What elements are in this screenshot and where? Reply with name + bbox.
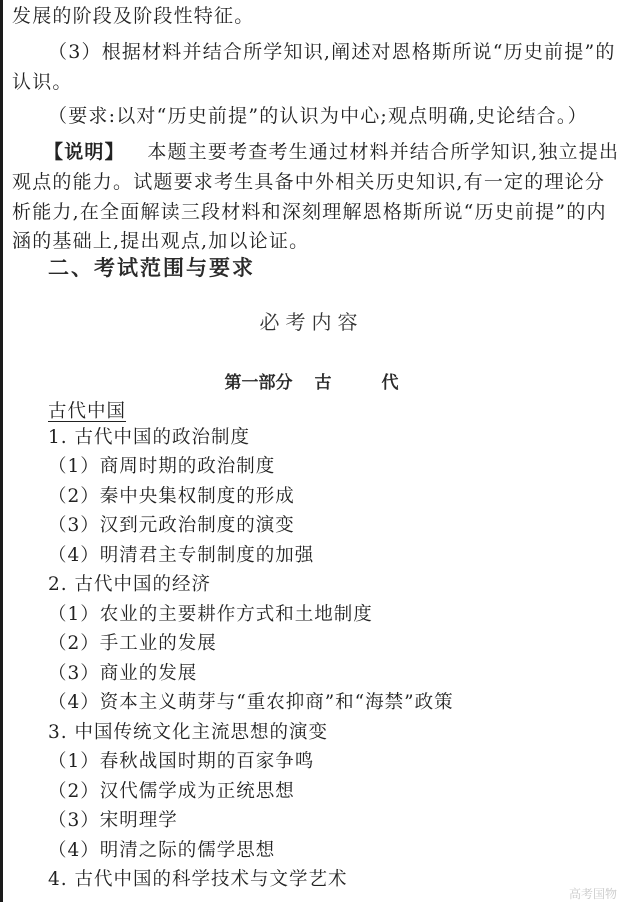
explanation-line: 析能力,在全面解读三段材料和深刻理解恩格斯所说“历史前提”的内 (12, 200, 607, 224)
outline-item: （2）秦中央集权制度的形成 (48, 485, 295, 509)
outline-item: （3）汉到元政治制度的演变 (48, 514, 295, 538)
outline-item: （4）资本主义萌芽与“重农抑商”和“海禁”政策 (48, 691, 454, 715)
requirement-note: （要求:以对“历史前提”的认识为中心;观点明确,史论结合。） (48, 104, 588, 128)
section-heading: 二、考试范围与要求 (48, 252, 255, 282)
outline-item: （2）手工业的发展 (48, 632, 217, 656)
required-content-title: 必考内容 (0, 306, 623, 335)
document-page: 发展的阶段及阶段性特征。 （3）根据材料并结合所学知识,阐述对恩格斯所说“历史前… (0, 0, 623, 902)
outline-item: （2）汉代儒学成为正统思想 (48, 780, 295, 804)
outline-item: 1. 古代中国的政治制度 (48, 426, 250, 450)
explanation-line: 涵的基础上,提出观点,加以论证。 (12, 229, 309, 253)
part-word: 代 (382, 373, 399, 393)
part-title: 第一部分古代 (0, 368, 623, 393)
outline-item: （1）农业的主要耕作方式和土地制度 (48, 603, 373, 627)
question-3-line: （3）根据材料并结合所学知识,阐述对恩格斯所说“历史前提”的 (48, 40, 616, 64)
outline-item: （1）商周时期的政治制度 (48, 455, 275, 479)
outline-item: （3）宋明理学 (48, 809, 178, 833)
outline-item: （4）明清君主专制制度的加强 (48, 544, 314, 568)
paragraph-line: 发展的阶段及阶段性特征。 (12, 4, 254, 28)
outline-item: 3. 中国传统文化主流思想的演变 (48, 721, 328, 745)
explanation-text: 本题主要考查考生通过材料并结合所学知识,独立提出 (147, 141, 619, 163)
outline-item: （4）明清之际的儒学思想 (48, 839, 275, 863)
outline-item: 2. 古代中国的经济 (48, 573, 211, 597)
explanation-line: 【说明】 本题主要考查考生通过材料并结合所学知识,独立提出 (44, 140, 619, 164)
part-word: 古 (315, 373, 332, 393)
subsection-title: 古代中国 (48, 397, 126, 423)
outline-item: （3）商业的发展 (48, 662, 197, 686)
explanation-line: 观点的能力。试题要求考生具备中外相关历史知识,有一定的理论分 (12, 170, 605, 194)
question-3-line: 认识。 (12, 70, 73, 94)
part-label: 第一部分 (225, 373, 293, 393)
outline-item: （1）春秋战国时期的百家争鸣 (48, 750, 314, 774)
outline-item: 4. 古代中国的科学技术与文学艺术 (48, 868, 348, 892)
watermark: 高考国物 (569, 885, 617, 902)
explanation-label: 【说明】 (44, 141, 125, 163)
